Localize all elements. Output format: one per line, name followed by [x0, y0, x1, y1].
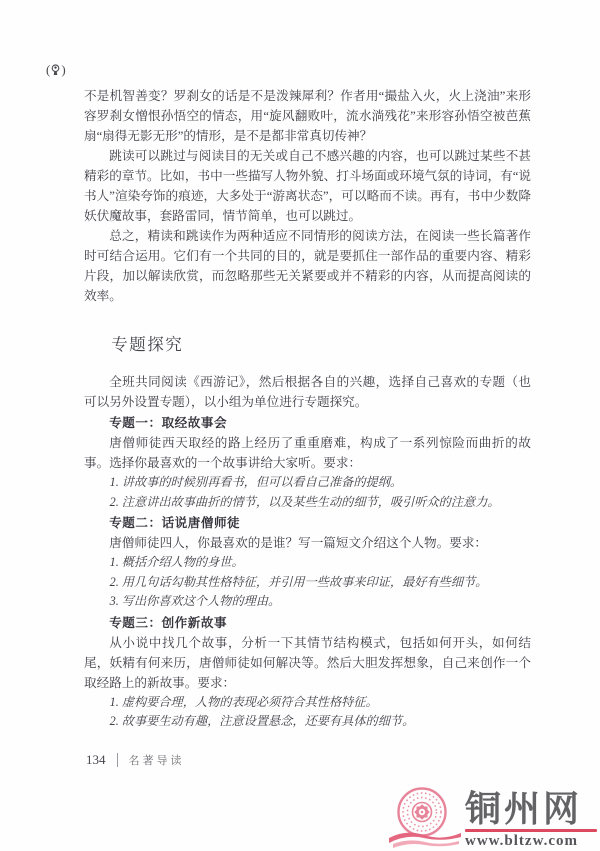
page-footer: 134 名著导读: [86, 752, 185, 768]
watermark-seal-logo-icon: [387, 786, 463, 850]
topic-description: 唐僧师徒四人，你最喜欢的是谁？写一篇短文介绍这个人物。要求：: [84, 533, 531, 553]
topic-requirement: 1. 讲故事的时候别再看书，但可以看自己准备的提纲。: [84, 473, 531, 493]
page-number: 134: [86, 752, 106, 768]
book-section-title: 名著导读: [129, 752, 185, 768]
topic-title: 专题一：取经故事会: [84, 413, 531, 433]
topic-title: 专题三：创作新故事: [84, 613, 531, 633]
footer-divider: [117, 753, 118, 767]
intro-paragraph-2: 跳读可以跳过与阅读目的无关或自己不感兴趣的内容，也可以跳过某些不甚精彩的章节。比…: [84, 146, 531, 226]
watermark-site-url: www.bltzw.com: [465, 833, 597, 849]
topic-block-3: 专题三：创作新故事 从小说中找几个故事，分析一下其情节结构模式，包括如何开头，如…: [84, 613, 531, 732]
topic-description: 唐僧师徒西天取经的路上经历了重重磨难，构成了一系列惊险而曲折的故事。选择你最喜欢…: [84, 433, 531, 473]
watermark-text-block: 铜州网 www.bltzw.com: [465, 791, 597, 849]
topic-title: 专题二：话说唐僧师徒: [84, 513, 531, 533]
page-margin-mark: ( ): [46, 63, 66, 76]
book-page: ( ) 不是机智善变？罗刹女的话是不是泼辣犀利？作者用“撮盐入火，火上浇油”来形…: [0, 0, 600, 851]
topic-requirement: 1. 虚构要合理，人物的表现必须符合其性格特征。: [84, 693, 531, 713]
topic-requirement: 3. 写出你喜欢这个人物的理由。: [84, 592, 531, 612]
topic-block-1: 专题一：取经故事会 唐僧师徒西天取经的路上经历了重重磨难，构成了一系列惊险而曲折…: [84, 413, 531, 512]
paren-close: ): [61, 63, 65, 76]
topic-block-2: 专题二：话说唐僧师徒 唐僧师徒四人，你最喜欢的是谁？写一篇短文介绍这个人物。要求…: [84, 513, 531, 612]
watermark-underline: [465, 829, 597, 832]
topic-requirement: 2. 故事要生动有趣，注意设置悬念，还要有具体的细节。: [84, 712, 531, 732]
topic-requirement: 2. 注意讲出故事曲折的情节，以及某些生动的细节，吸引听众的注意力。: [84, 493, 531, 513]
section-heading: 专题探究: [84, 334, 531, 356]
topic-requirement: 2. 用几句话勾勒其性格特征，并引用一些故事来印证，最好有些细节。: [84, 573, 531, 593]
paren-open: (: [46, 63, 50, 76]
topic-description: 从小说中找几个故事，分析一下其情节结构模式，包括如何开头，如何结尾，妖精有何来历…: [84, 633, 531, 693]
section-intro-paragraph: 全班共同阅读《西游记》，然后根据各自的兴趣，选择自己喜欢的专题（也可以另外设置专…: [84, 372, 531, 412]
topic-requirement: 1. 概括介绍人物的身世。: [84, 553, 531, 573]
page-content: 不是机智善变？罗刹女的话是不是泼辣犀利？作者用“撮盐入火，火上浇油”来形容罗刹女…: [84, 86, 531, 732]
intro-paragraph-3: 总之，精读和跳读作为两种适应不同情形的阅读方法，在阅读一些长篇著作时可结合运用。…: [84, 226, 531, 306]
watermark-site-name: 铜州网: [465, 791, 597, 827]
intro-paragraph-1: 不是机智善变？罗刹女的话是不是泼辣犀利？作者用“撮盐入火，火上浇油”来形容罗刹女…: [84, 86, 531, 146]
keyhole-icon: [51, 64, 60, 76]
site-watermark: 铜州网 www.bltzw.com: [387, 786, 597, 850]
